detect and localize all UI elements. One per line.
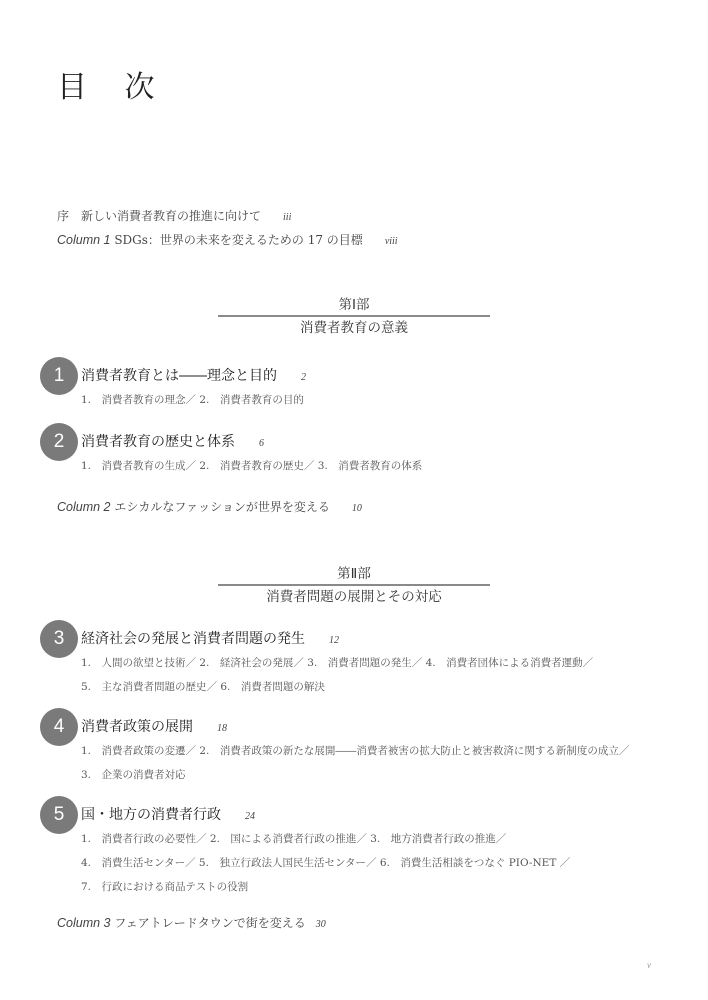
chapter-number-badge: 3 [40, 620, 78, 658]
part-name: 消費者教育の意義 [218, 319, 490, 337]
chapter-sections: 1. 消費者行政の必要性／ 2. 国による消費者行政の推進／ 3. 地方消費者行… [81, 827, 570, 899]
chapter-number-badge: 5 [40, 796, 78, 834]
chapter-number-badge: 4 [40, 708, 78, 746]
section-line: 5. 主な消費者問題の歴史／ 6. 消費者問題の解決 [81, 675, 593, 699]
chapter-sections: 1. 消費者教育の生成／ 2. 消費者教育の歴史／ 3. 消費者教育の体系 [81, 454, 422, 478]
part-number: 第Ⅱ部 [218, 565, 490, 583]
page-number: 10 [352, 503, 362, 514]
page-number: 18 [217, 723, 227, 734]
chapter-title: 経済社会の発展と消費者問題の発生12 [81, 628, 339, 648]
column-title: エシカルなファッションが世界を変える [111, 500, 330, 514]
section-line: 3. 企業の消費者対応 [81, 763, 629, 787]
front-matter-preface[interactable]: 序 新しい消費者教育の推進に向けてiii [57, 207, 291, 224]
column-label: Column 2 [57, 500, 111, 514]
page-title: 目 次 [57, 62, 169, 106]
page-number: viii [385, 236, 398, 247]
chapter-number-badge: 2 [40, 423, 78, 461]
section-line: 1. 消費者政策の変遷／ 2. 消費者政策の新たな展開――消費者被害の拡大防止と… [81, 739, 629, 763]
part-heading-2: 第Ⅱ部 消費者問題の展開とその対応 [218, 565, 490, 606]
column-2-entry[interactable]: Column 2 エシカルなファッションが世界を変える10 [57, 498, 362, 515]
column-3-entry[interactable]: Column 3 フェアトレードタウンで街を変える30 [57, 914, 326, 931]
page-number: 30 [316, 919, 326, 930]
chapter-sections: 1. 消費者教育の理念／ 2. 消費者教育の目的 [81, 388, 304, 412]
section-line: 1. 消費者行政の必要性／ 2. 国による消費者行政の推進／ 3. 地方消費者行… [81, 827, 570, 851]
chapter-title: 消費者政策の展開18 [81, 716, 227, 736]
page-number: 24 [245, 811, 255, 822]
column-label: Column 3 [57, 916, 111, 930]
page-number: 12 [329, 635, 339, 646]
page-number: 6 [259, 438, 264, 449]
part-name: 消費者問題の展開とその対応 [218, 588, 490, 606]
section-line: 4. 消費生活センター／ 5. 独立行政法人国民生活センター／ 6. 消費生活相… [81, 851, 570, 875]
front-matter-column-1[interactable]: Column 1 SDGs：世界の未来を変えるための 17 の目標viii [57, 231, 398, 248]
part-divider [218, 584, 490, 586]
page-number: iii [283, 212, 291, 223]
chapter-title: 消費者教育の歴史と体系6 [81, 431, 264, 451]
column-title: SDGs：世界の未来を変えるための 17 の目標 [111, 233, 363, 247]
column-label: Column 1 [57, 233, 111, 247]
column-title: フェアトレードタウンで街を変える [111, 916, 306, 930]
page-number: 2 [301, 372, 306, 383]
chapter-number-badge: 1 [40, 357, 78, 395]
chapter-sections: 1. 人間の欲望と技術／ 2. 経済社会の発展／ 3. 消費者問題の発生／ 4.… [81, 651, 593, 699]
folio-page-number: v [647, 960, 651, 970]
chapter-sections: 1. 消費者政策の変遷／ 2. 消費者政策の新たな展開――消費者被害の拡大防止と… [81, 739, 629, 787]
part-heading-1: 第Ⅰ部 消費者教育の意義 [218, 296, 490, 337]
section-line: 1. 人間の欲望と技術／ 2. 経済社会の発展／ 3. 消費者問題の発生／ 4.… [81, 651, 593, 675]
preface-label: 序 新しい消費者教育の推進に向けて [57, 209, 261, 223]
section-line: 1. 消費者教育の理念／ 2. 消費者教育の目的 [81, 388, 304, 412]
section-line: 7. 行政における商品テストの役割 [81, 875, 570, 899]
chapter-title: 消費者教育とは――理念と目的2 [81, 365, 306, 385]
part-divider [218, 315, 490, 317]
part-number: 第Ⅰ部 [218, 296, 490, 314]
chapter-title: 国・地方の消費者行政24 [81, 804, 255, 824]
section-line: 1. 消費者教育の生成／ 2. 消費者教育の歴史／ 3. 消費者教育の体系 [81, 454, 422, 478]
